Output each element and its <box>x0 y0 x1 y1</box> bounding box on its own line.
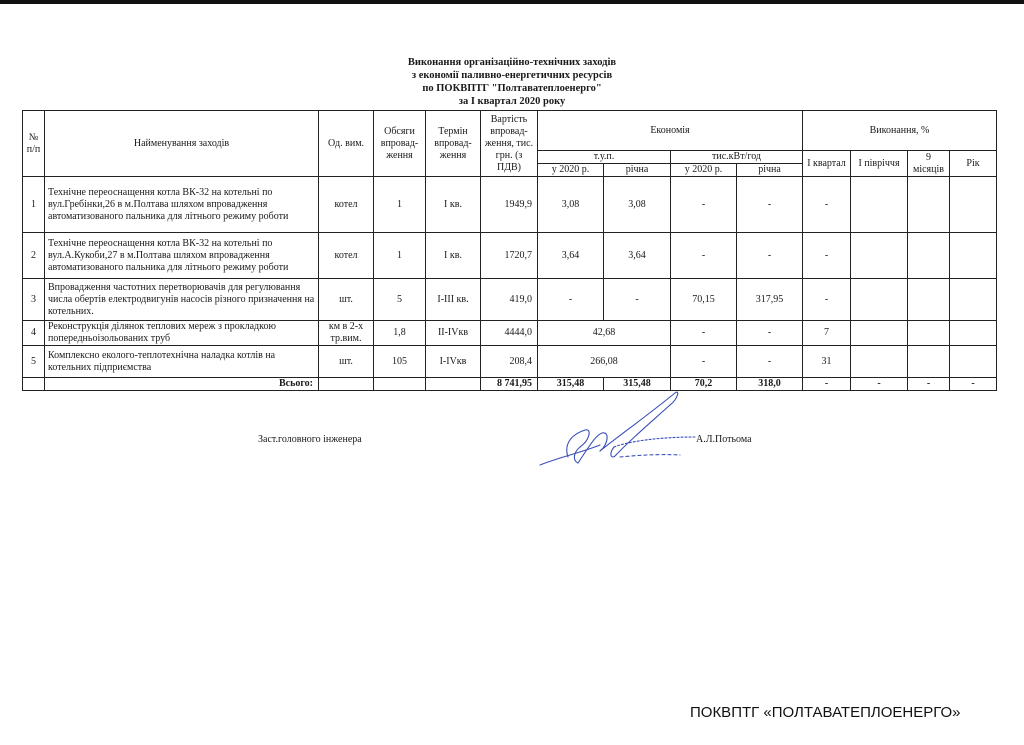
cell-term: II-IVкв <box>426 321 481 346</box>
header-q1: I квартал <box>803 151 851 177</box>
cell-tup-2020: 3,64 <box>538 233 604 279</box>
cell-cost: 208,4 <box>481 346 538 378</box>
cell-term: I кв. <box>426 177 481 233</box>
cell-name: Впровадження частотних перетворювачів дл… <box>45 279 319 321</box>
cell-unit: шт. <box>319 279 374 321</box>
document-title: Виконання організаційно-технічних заході… <box>300 56 724 108</box>
cell-unit: котел <box>319 233 374 279</box>
total-label: Всього: <box>45 378 319 391</box>
header-row-1: № п/п Найменування заходів Од. вим. Обся… <box>23 111 997 151</box>
cell-num: 3 <box>23 279 45 321</box>
total-year: - <box>950 378 997 391</box>
header-kwh: тис.кВт/год <box>671 151 803 164</box>
title-line-4: за I квартал 2020 року <box>300 95 724 108</box>
cell-cost: 1949,9 <box>481 177 538 233</box>
cell-num <box>23 378 45 391</box>
cell-9m <box>908 346 950 378</box>
cell-name: Комплексно еколого-теплотехнічна наладка… <box>45 346 319 378</box>
cell-volume: 105 <box>374 346 426 378</box>
cell-volume <box>374 378 426 391</box>
cell-q1: 7 <box>803 321 851 346</box>
cell-cost: 1720,7 <box>481 233 538 279</box>
header-unit: Од. вим. <box>319 111 374 177</box>
title-line-1: Виконання організаційно-технічних заході… <box>300 56 724 69</box>
table-row: 3 Впровадження частотних перетворювачів … <box>23 279 997 321</box>
cell-num: 1 <box>23 177 45 233</box>
cell-9m <box>908 279 950 321</box>
header-execution: Виконання, % <box>803 111 997 151</box>
table-row: 5 Комплексно еколого-теплотехнічна налад… <box>23 346 997 378</box>
cell-kwh-annual: - <box>737 177 803 233</box>
organization-footer: ПОКВПТГ «ПОЛТАВАТЕПЛОЕНЕРГО» <box>690 704 961 721</box>
header-volume: Обсяги впровад-ження <box>374 111 426 177</box>
cell-year <box>950 233 997 279</box>
cell-kwh-annual: - <box>737 233 803 279</box>
cell-year <box>950 346 997 378</box>
cell-9m <box>908 233 950 279</box>
cell-cost: 4444,0 <box>481 321 538 346</box>
total-h1: - <box>851 378 908 391</box>
header-tup-2020: у 2020 р. <box>538 164 604 177</box>
total-kwh-annual: 318,0 <box>737 378 803 391</box>
cell-q1: 31 <box>803 346 851 378</box>
cell-h1 <box>851 321 908 346</box>
header-tup-annual: річна <box>604 164 671 177</box>
cell-unit <box>319 378 374 391</box>
cell-name: Технічне переоснащення котла ВК-32 на ко… <box>45 177 319 233</box>
cell-name: Реконструкція ділянок теплових мереж з п… <box>45 321 319 346</box>
measures-table: № п/п Найменування заходів Од. вим. Обся… <box>22 110 997 391</box>
scan-top-edge <box>0 0 1024 4</box>
cell-num: 4 <box>23 321 45 346</box>
cell-kwh-annual: - <box>737 321 803 346</box>
cell-kwh-2020: - <box>671 321 737 346</box>
total-cost: 8 741,95 <box>481 378 538 391</box>
header-kwh-annual: річна <box>737 164 803 177</box>
cell-tup-annual: 3,08 <box>604 177 671 233</box>
header-9m: 9 місяців <box>908 151 950 177</box>
cell-volume: 5 <box>374 279 426 321</box>
cell-volume: 1 <box>374 177 426 233</box>
cell-unit: котел <box>319 177 374 233</box>
cell-tup-2020: - <box>538 279 604 321</box>
table-row: 1 Технічне переоснащення котла ВК-32 на … <box>23 177 997 233</box>
cell-kwh-annual: 317,95 <box>737 279 803 321</box>
cell-year <box>950 177 997 233</box>
total-row: Всього: 8 741,95 315,48 315,48 70,2 318,… <box>23 378 997 391</box>
cell-cost: 419,0 <box>481 279 538 321</box>
cell-term <box>426 378 481 391</box>
cell-9m <box>908 321 950 346</box>
cell-q1: - <box>803 177 851 233</box>
header-h1: I півріччя <box>851 151 908 177</box>
header-tup: т.у.п. <box>538 151 671 164</box>
cell-volume: 1,8 <box>374 321 426 346</box>
cell-9m <box>908 177 950 233</box>
header-year: Рік <box>950 151 997 177</box>
cell-name: Технічне переоснащення котла ВК-32 на ко… <box>45 233 319 279</box>
cell-num: 5 <box>23 346 45 378</box>
cell-term: I-III кв. <box>426 279 481 321</box>
cell-tup-2020: 3,08 <box>538 177 604 233</box>
header-name: Найменування заходів <box>45 111 319 177</box>
cell-tup-annual: 3,64 <box>604 233 671 279</box>
table-row: 2 Технічне переоснащення котла ВК-32 на … <box>23 233 997 279</box>
cell-kwh-2020: - <box>671 233 737 279</box>
cell-kwh-2020: - <box>671 177 737 233</box>
header-cost: Вартість впровад-ження, тис. грн. (з ПДВ… <box>481 111 538 177</box>
cell-tup-merged: 266,08 <box>538 346 671 378</box>
cell-h1 <box>851 233 908 279</box>
cell-term: I кв. <box>426 233 481 279</box>
cell-q1: - <box>803 233 851 279</box>
cell-year <box>950 279 997 321</box>
cell-h1 <box>851 279 908 321</box>
table-row: 4 Реконструкція ділянок теплових мереж з… <box>23 321 997 346</box>
header-num: № п/п <box>23 111 45 177</box>
header-kwh-2020: у 2020 р. <box>671 164 737 177</box>
cell-unit: шт. <box>319 346 374 378</box>
total-9m: - <box>908 378 950 391</box>
cell-term: I-IVкв <box>426 346 481 378</box>
cell-q1: - <box>803 279 851 321</box>
header-economy: Економія <box>538 111 803 151</box>
cell-h1 <box>851 346 908 378</box>
cell-kwh-2020: 70,15 <box>671 279 737 321</box>
title-line-2: з економії паливно-енергетичних ресурсів <box>300 69 724 82</box>
total-q1: - <box>803 378 851 391</box>
title-line-3: по ПОКВПТГ "Полтаватеплоенерго" <box>300 82 724 95</box>
cell-num: 2 <box>23 233 45 279</box>
cell-h1 <box>851 177 908 233</box>
header-term: Термін впровад-ження <box>426 111 481 177</box>
cell-unit: км в 2-х тр.вим. <box>319 321 374 346</box>
signatory-name: А.Л.Потьома <box>696 434 752 445</box>
cell-tup-merged: 42,68 <box>538 321 671 346</box>
cell-year <box>950 321 997 346</box>
cell-volume: 1 <box>374 233 426 279</box>
cell-kwh-annual: - <box>737 346 803 378</box>
signatory-position: Заст.головного інженера <box>258 434 362 445</box>
handwritten-signature <box>530 385 700 470</box>
cell-kwh-2020: - <box>671 346 737 378</box>
cell-tup-annual: - <box>604 279 671 321</box>
